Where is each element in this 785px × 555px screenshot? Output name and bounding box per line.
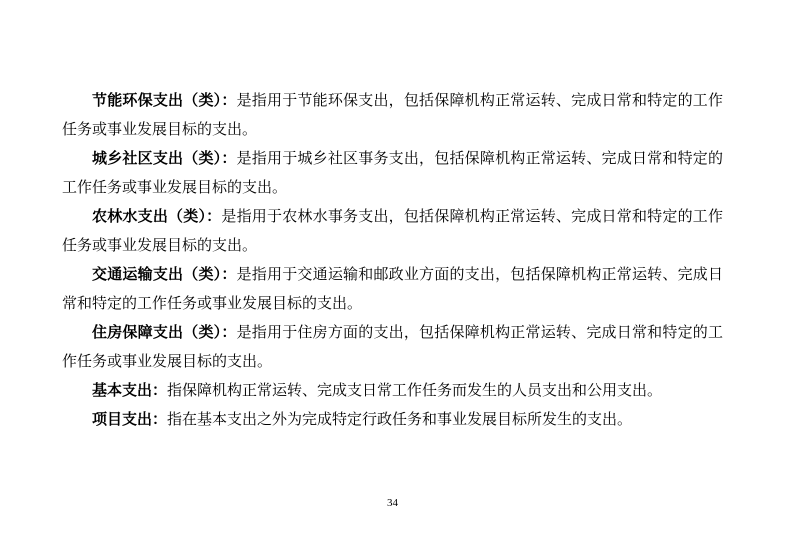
term-label: 交通运输支出（类）： [92, 267, 237, 283]
definition-paragraph-housing-security: 住房保障支出（类）：是指用于住房方面的支出，包括保障机构正常运转、完成日常和特定… [62, 319, 723, 377]
definition-paragraph-transportation: 交通运输支出（类）：是指用于交通运输和邮政业方面的支出，包括保障机构正常运转、完… [62, 261, 723, 319]
document-page: 节能环保支出（类）：是指用于节能环保支出，包括保障机构正常运转、完成日常和特定的… [0, 0, 785, 555]
definition-paragraph-basic-expenditure: 基本支出：指保障机构正常运转、完成支日常工作任务而发生的人员支出和公用支出。 [62, 377, 723, 406]
document-body: 节能环保支出（类）：是指用于节能环保支出，包括保障机构正常运转、完成日常和特定的… [62, 87, 723, 435]
definition-text: 指在基本支出之外为完成特定行政任务和事业发展目标所发生的支出。 [167, 412, 632, 428]
term-label: 基本支出： [92, 383, 167, 399]
definition-paragraph-energy-conservation: 节能环保支出（类）：是指用于节能环保支出，包括保障机构正常运转、完成日常和特定的… [62, 87, 723, 145]
term-label: 项目支出： [92, 412, 167, 428]
term-label: 城乡社区支出（类）： [92, 151, 237, 167]
definition-paragraph-project-expenditure: 项目支出：指在基本支出之外为完成特定行政任务和事业发展目标所发生的支出。 [62, 406, 723, 435]
definition-text: 指保障机构正常运转、完成支日常工作任务而发生的人员支出和公用支出。 [167, 383, 662, 399]
term-label: 住房保障支出（类）： [92, 325, 237, 341]
definition-paragraph-urban-rural-community: 城乡社区支出（类）：是指用于城乡社区事务支出，包括保障机构正常运转、完成日常和特… [62, 145, 723, 203]
term-label: 农林水支出（类）： [92, 209, 221, 225]
term-label: 节能环保支出（类）： [92, 93, 237, 109]
definition-paragraph-agriculture-forestry-water: 农林水支出（类）：是指用于农林水事务支出，包括保障机构正常运转、完成日常和特定的… [62, 203, 723, 261]
page-number: 34 [0, 496, 785, 510]
